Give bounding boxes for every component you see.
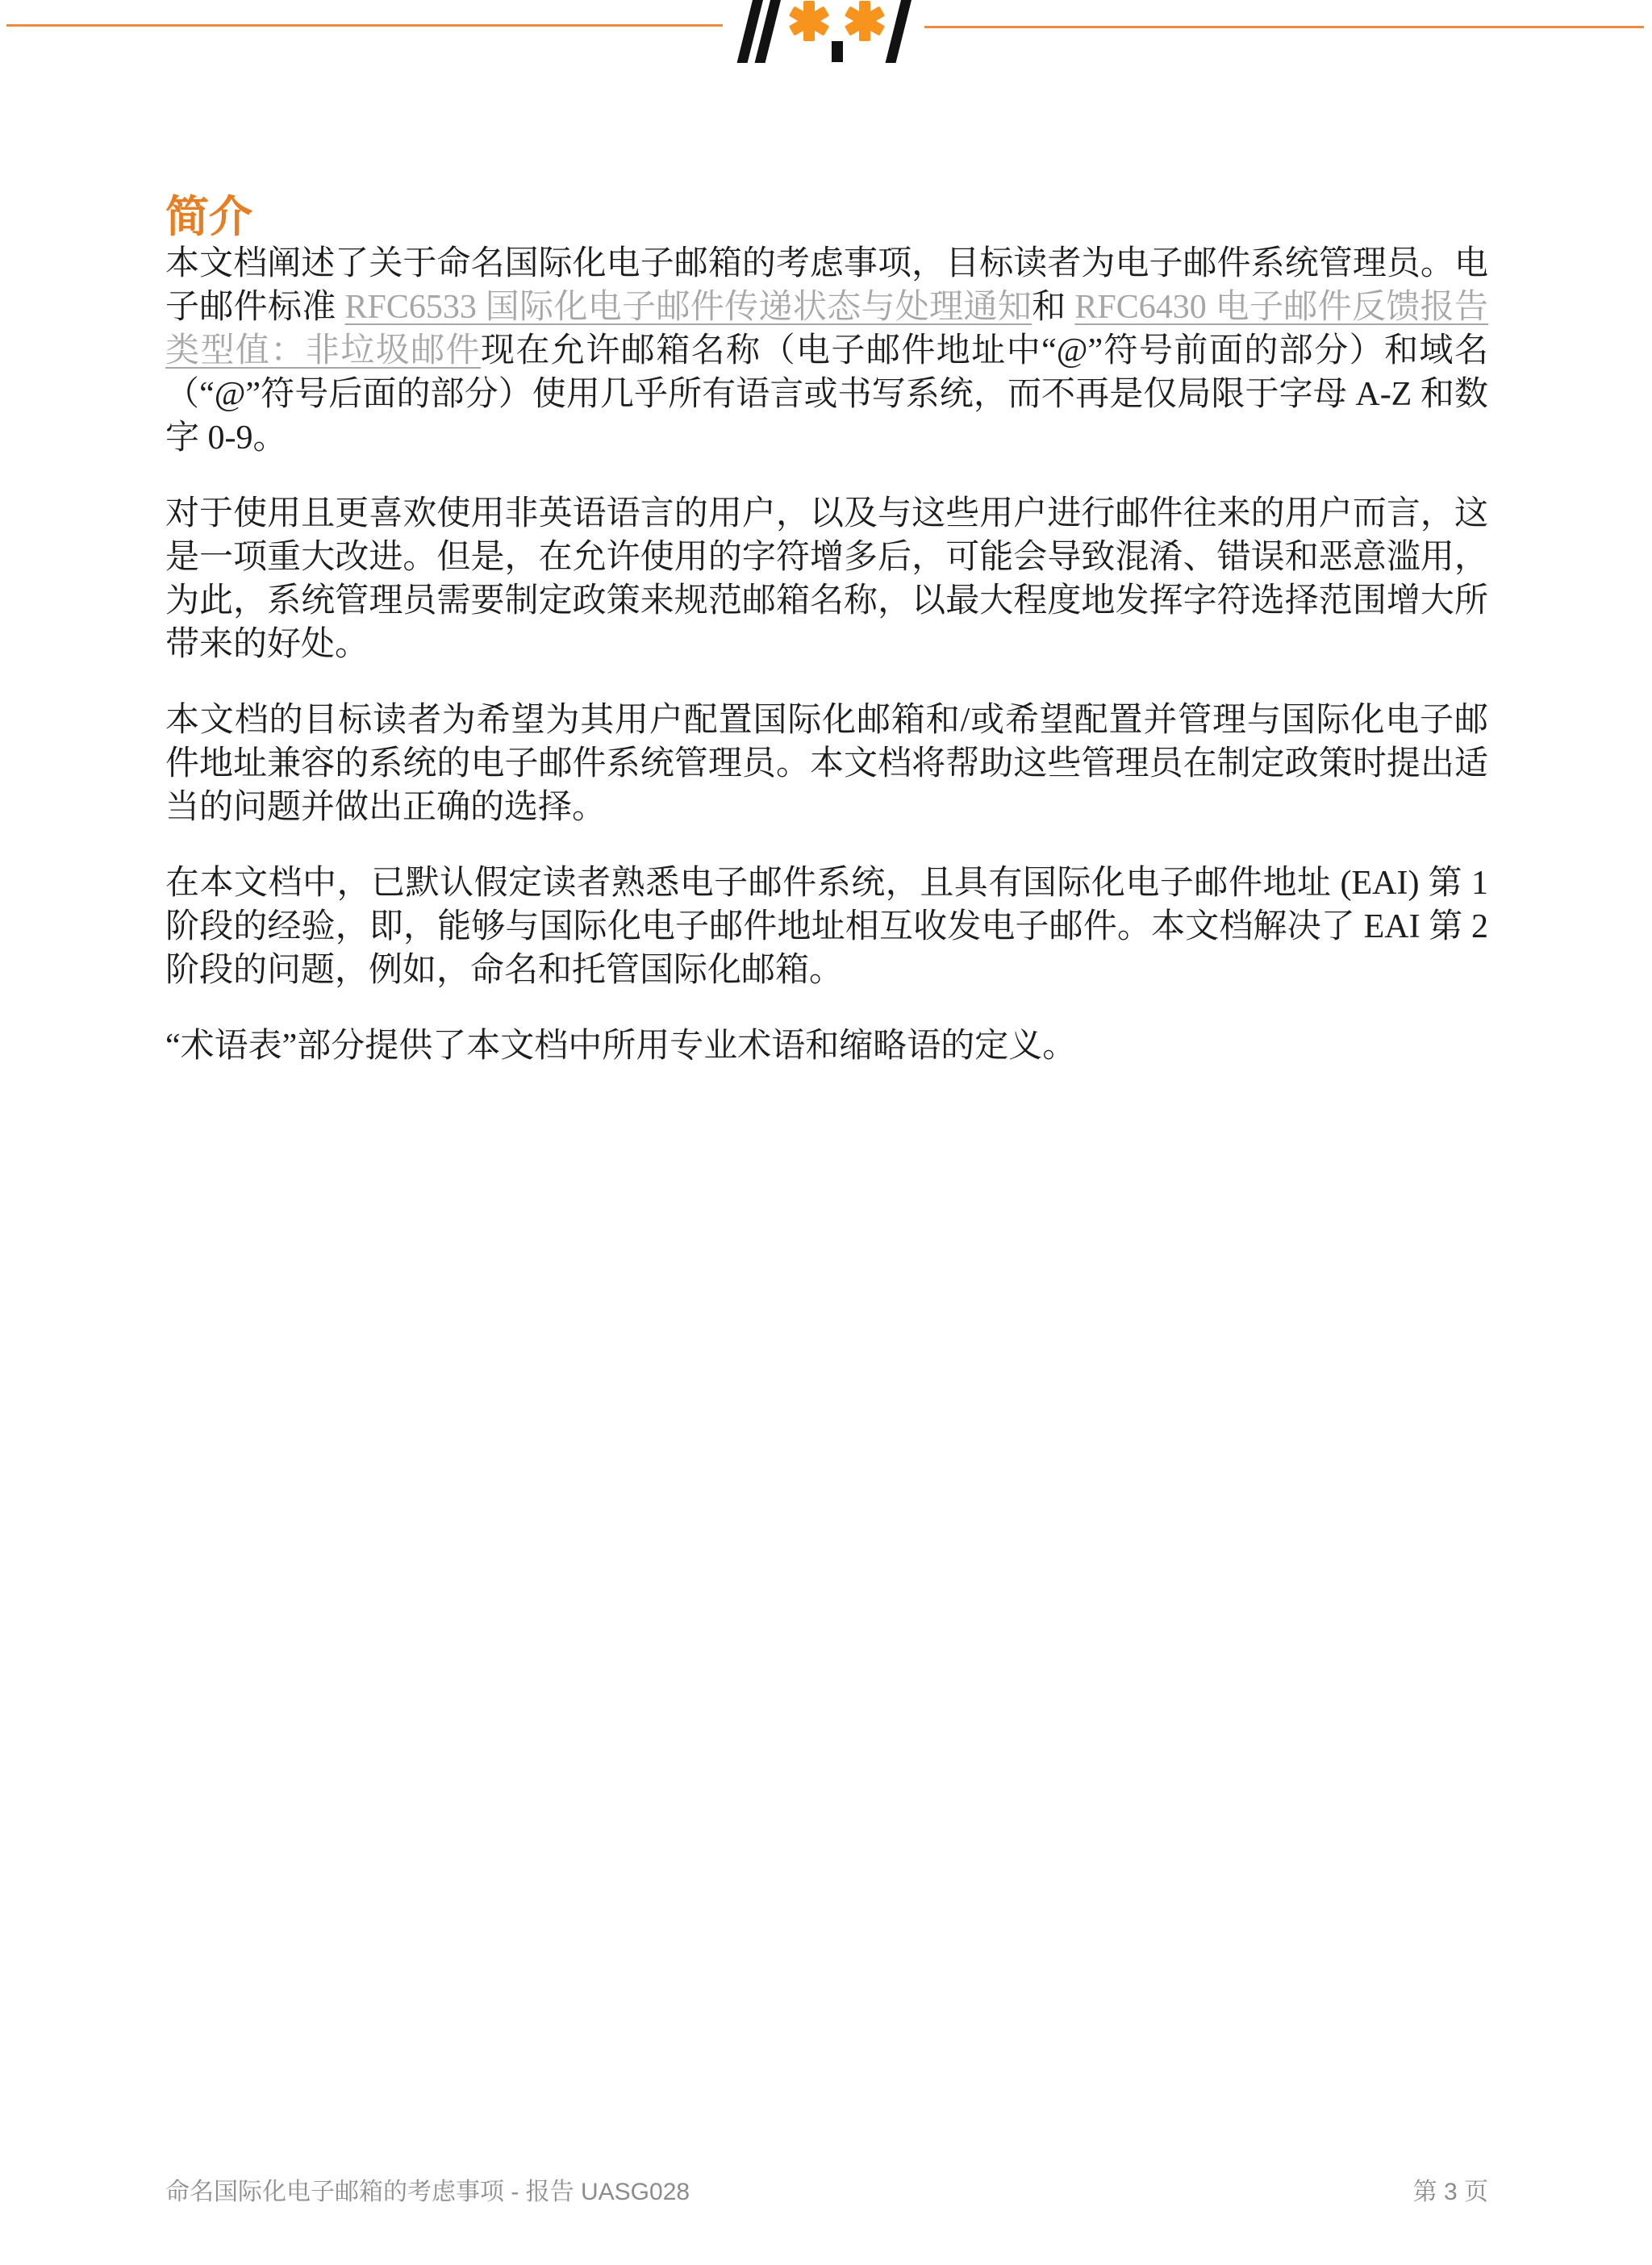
text-run: 本文档的目标读者为希望为其用户配置国际化邮箱和/或希望配置并管理与国际化电子邮件…	[165, 702, 1488, 826]
uasg-asterisk-logo-svg	[728, 0, 921, 65]
paragraph-container: 本文档阐述了关于命名国际化电子邮箱的考虑事项，目标读者为电子邮件系统管理员。电子…	[165, 242, 1488, 1068]
footer-page-number: 第 3 页	[1413, 2176, 1488, 2209]
uasg-logo	[728, 0, 921, 65]
text-run: 和	[1032, 289, 1074, 326]
asterisk-icon	[789, 1, 829, 41]
footer-document-title: 命名国际化电子邮箱的考虑事项 - 报告 UASG028	[165, 2176, 690, 2209]
rfc-link[interactable]: RFC6533 国际化电子邮件传递状态与处理通知	[345, 289, 1032, 326]
header-rule-right	[924, 26, 1644, 28]
text-run: 在本文档中，已默认假定读者熟悉电子邮件系统，且具有国际化电子邮件地址 (EAI)…	[165, 865, 1488, 989]
paragraph: 本文档的目标读者为希望为其用户配置国际化邮箱和/或希望配置并管理与国际化电子邮件…	[165, 699, 1488, 829]
paragraph: 对于使用且更喜欢使用非英语语言的用户，以及与这些用户进行邮件往来的用户而言，这是…	[165, 492, 1488, 666]
section-heading: 简介	[165, 192, 1488, 242]
page-footer: 命名国际化电子邮箱的考虑事项 - 报告 UASG028 第 3 页	[165, 2176, 1488, 2209]
paragraph: “术语表”部分提供了本文档中所用专业术语和缩略语的定义。	[165, 1024, 1488, 1068]
paragraph: 在本文档中，已默认假定读者熟悉电子邮件系统，且具有国际化电子邮件地址 (EAI)…	[165, 861, 1488, 992]
document-body: 简介 本文档阐述了关于命名国际化电子邮箱的考虑事项，目标读者为电子邮件系统管理员…	[165, 192, 1488, 1100]
document-page: 简介 本文档阐述了关于命名国际化电子邮箱的考虑事项，目标读者为电子邮件系统管理员…	[0, 0, 1652, 2265]
dot-icon	[832, 41, 843, 62]
header-rule-left	[6, 24, 723, 27]
paragraph: 本文档阐述了关于命名国际化电子邮箱的考虑事项，目标读者为电子邮件系统管理员。电子…	[165, 242, 1488, 460]
text-run: 对于使用且更喜欢使用非英语语言的用户，以及与这些用户进行邮件往来的用户而言，这是…	[165, 495, 1488, 663]
text-run: “术语表”部分提供了本文档中所用专业术语和缩略语的定义。	[165, 1028, 1076, 1065]
asterisk-icon	[845, 1, 885, 41]
